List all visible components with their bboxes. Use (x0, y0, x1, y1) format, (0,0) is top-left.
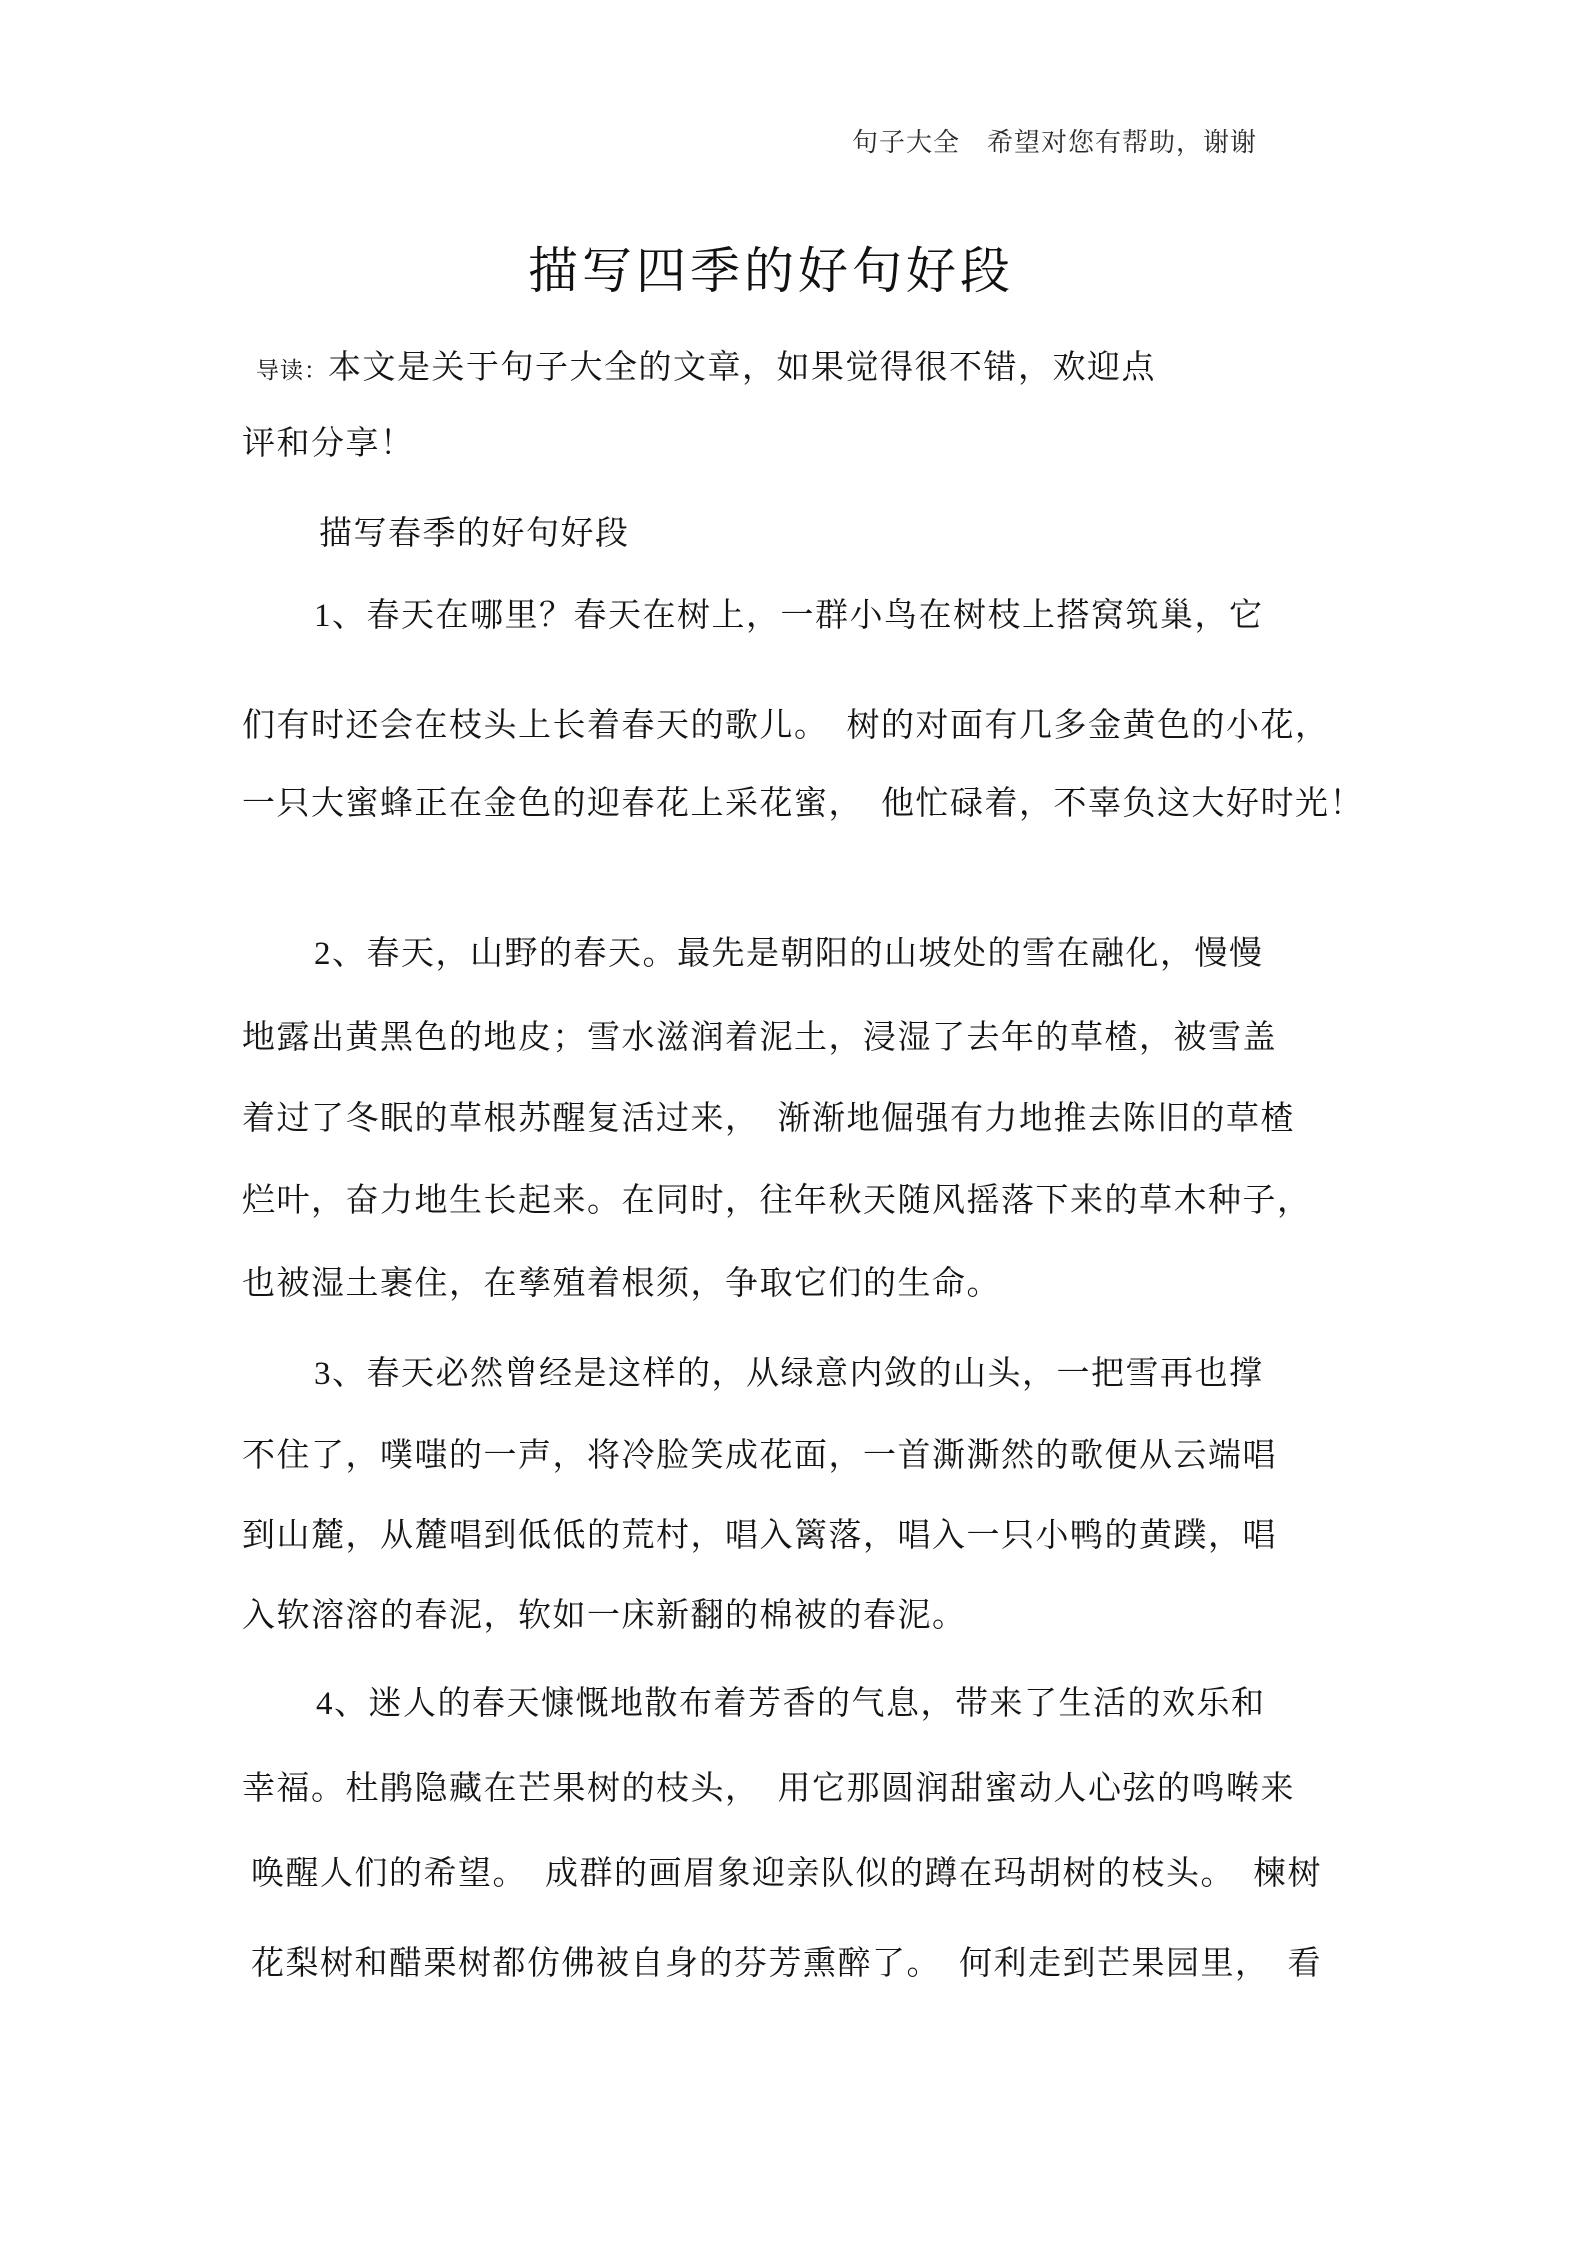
lead-text-line-1: 本文是关于句子大全的文章，如果觉得很不错，欢迎点 (328, 350, 1156, 386)
paragraph-2-line-2: 地露出黄黑色的地皮；雪水滋润着泥土，浸湿了去年的草楂，被雪盖 (242, 1020, 1277, 1058)
lead-text-line-2: 评和分享！ (242, 426, 415, 464)
paragraph-4-line-3: 唤醒人们的希望。 成群的画眉象迎亲队似的蹲在玛胡树的枝头。 楝树 (251, 1856, 1322, 1894)
paragraph-3-line-4: 入软溶溶的春泥，软如一床新翻的棉被的春泥。 (242, 1598, 967, 1636)
paragraph-2-line-1: 2、春天，山野的春天。最先是朝阳的山坡处的雪在融化，慢慢 (314, 936, 1264, 974)
paragraph-2-line-5: 也被湿土裹住，在孳殖着根须，争取它们的生命。 (242, 1266, 1001, 1304)
paragraph-1-line-2: 们有时还会在枝头上长着春天的歌儿。 树的对面有几多金黄色的小花， (242, 708, 1330, 746)
lead-label: 导读： (256, 358, 328, 383)
paragraph-2-line-4: 烂叶，奋力地生长起来。在同时，往年秋天随风摇落下来的草木种子， (242, 1183, 1312, 1221)
paragraph-4-line-1: 4、迷人的春天慷慨地散布着芳香的气息，带来了生活的欢乐和 (316, 1686, 1266, 1724)
page-title: 描写四季的好句好段 (528, 244, 1014, 299)
paragraph-3-line-1: 3、春天必然曾经是这样的，从绿意内敛的山头，一把雪再也撑 (314, 1356, 1264, 1394)
paragraph-1-line-1: 1、春天在哪里？春天在树上，一群小鸟在树枝上搭窝筑巢，它 (314, 598, 1264, 636)
section-heading: 描写春季的好句好段 (319, 516, 630, 554)
paragraph-3-line-3: 到山麓，从麓唱到低低的荒村，唱入篱落，唱入一只小鸭的黄蹼，唱 (242, 1518, 1277, 1556)
paragraph-4-line-2: 幸福。杜鹃隐藏在芒果树的枝头， 用它那圆润甜蜜动人心弦的鸣啭来 (242, 1771, 1295, 1809)
paragraph-3-line-2: 不住了，噗嗤的一声，将冷脸笑成花面，一首澌澌然的歌便从云端唱 (242, 1438, 1277, 1476)
paragraph-2-line-3: 着过了冬眠的草根苏醒复活过来， 渐渐地倔强有力地推去陈旧的草楂 (242, 1101, 1295, 1139)
document-page: 句子大全 希望对您有帮助，谢谢 描写四季的好句好段 导读：本文是关于句子大全的文… (0, 0, 1594, 2255)
paragraph-1-line-3: 一只大蜜蜂正在金色的迎春花上采花蜜， 他忙碌着，不辜负这大好时光！ (242, 786, 1364, 824)
lead-paragraph: 导读：本文是关于句子大全的文章，如果觉得很不错，欢迎点 (240, 336, 1156, 401)
paragraph-4-line-4: 花梨树和醋栗树都仿佛被自身的芬芳熏醉了。 何利走到芒果园里， 看 (251, 1946, 1322, 1984)
page-header-text: 句子大全 希望对您有帮助，谢谢 (852, 128, 1257, 158)
